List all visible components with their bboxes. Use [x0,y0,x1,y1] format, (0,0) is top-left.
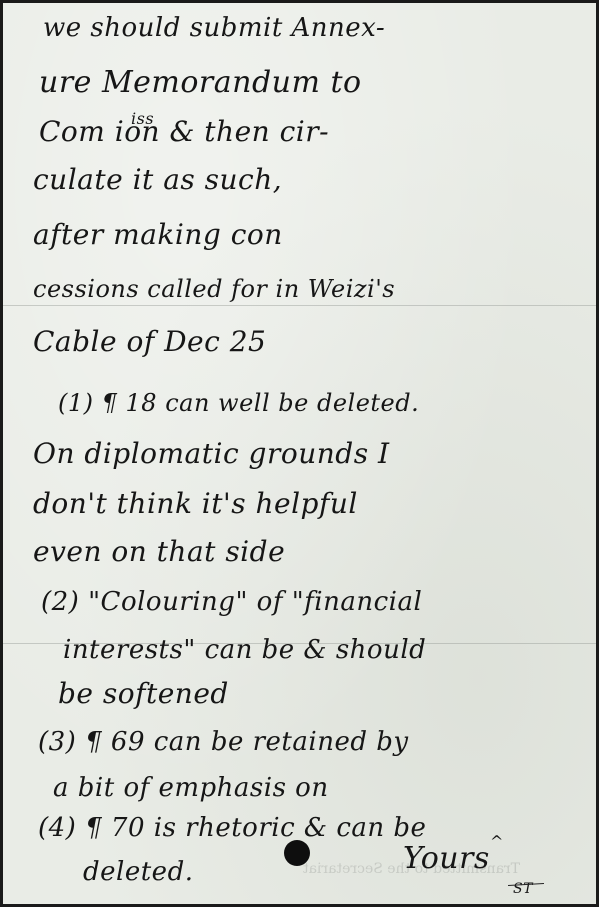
handwritten-line: a bit of emphasis on [53,773,329,803]
fold-line [3,305,596,306]
handwritten-line: after making con [33,218,283,251]
handwritten-line: we should submit Annex- [43,13,385,43]
letter-page: Transmitted to the Secretariat we should… [3,3,596,904]
interlinear-insert: iss [131,109,154,128]
handwritten-line: culate it as such, [33,163,282,196]
signature: Yours [403,841,490,876]
handwritten-line: Cable of Dec 25 [33,325,266,358]
caret-mark: ^ [490,832,504,851]
handwritten-line: even on that side [33,535,285,568]
handwritten-line: interests" can be & should [63,635,426,665]
handwritten-line: don't think it's helpful [33,487,358,520]
handwritten-line: be softened [58,677,229,710]
handwritten-line: deleted. [83,857,193,887]
punch-hole [284,840,310,866]
handwritten-line: ure Memorandum to [39,65,362,100]
handwritten-line: (3) ¶ 69 can be retained by [38,727,409,757]
handwritten-line: (2) "Colouring" of "financial [41,587,422,617]
handwritten-line: (4) ¶ 70 is rhetoric & can be [38,813,426,843]
handwritten-line: cessions called for in Weizi's [33,275,395,303]
handwritten-line: (1) ¶ 18 can well be deleted. [58,389,419,417]
handwritten-line: On diplomatic grounds I [33,437,390,470]
handwritten-line: Com ion & then cir- [39,115,329,148]
